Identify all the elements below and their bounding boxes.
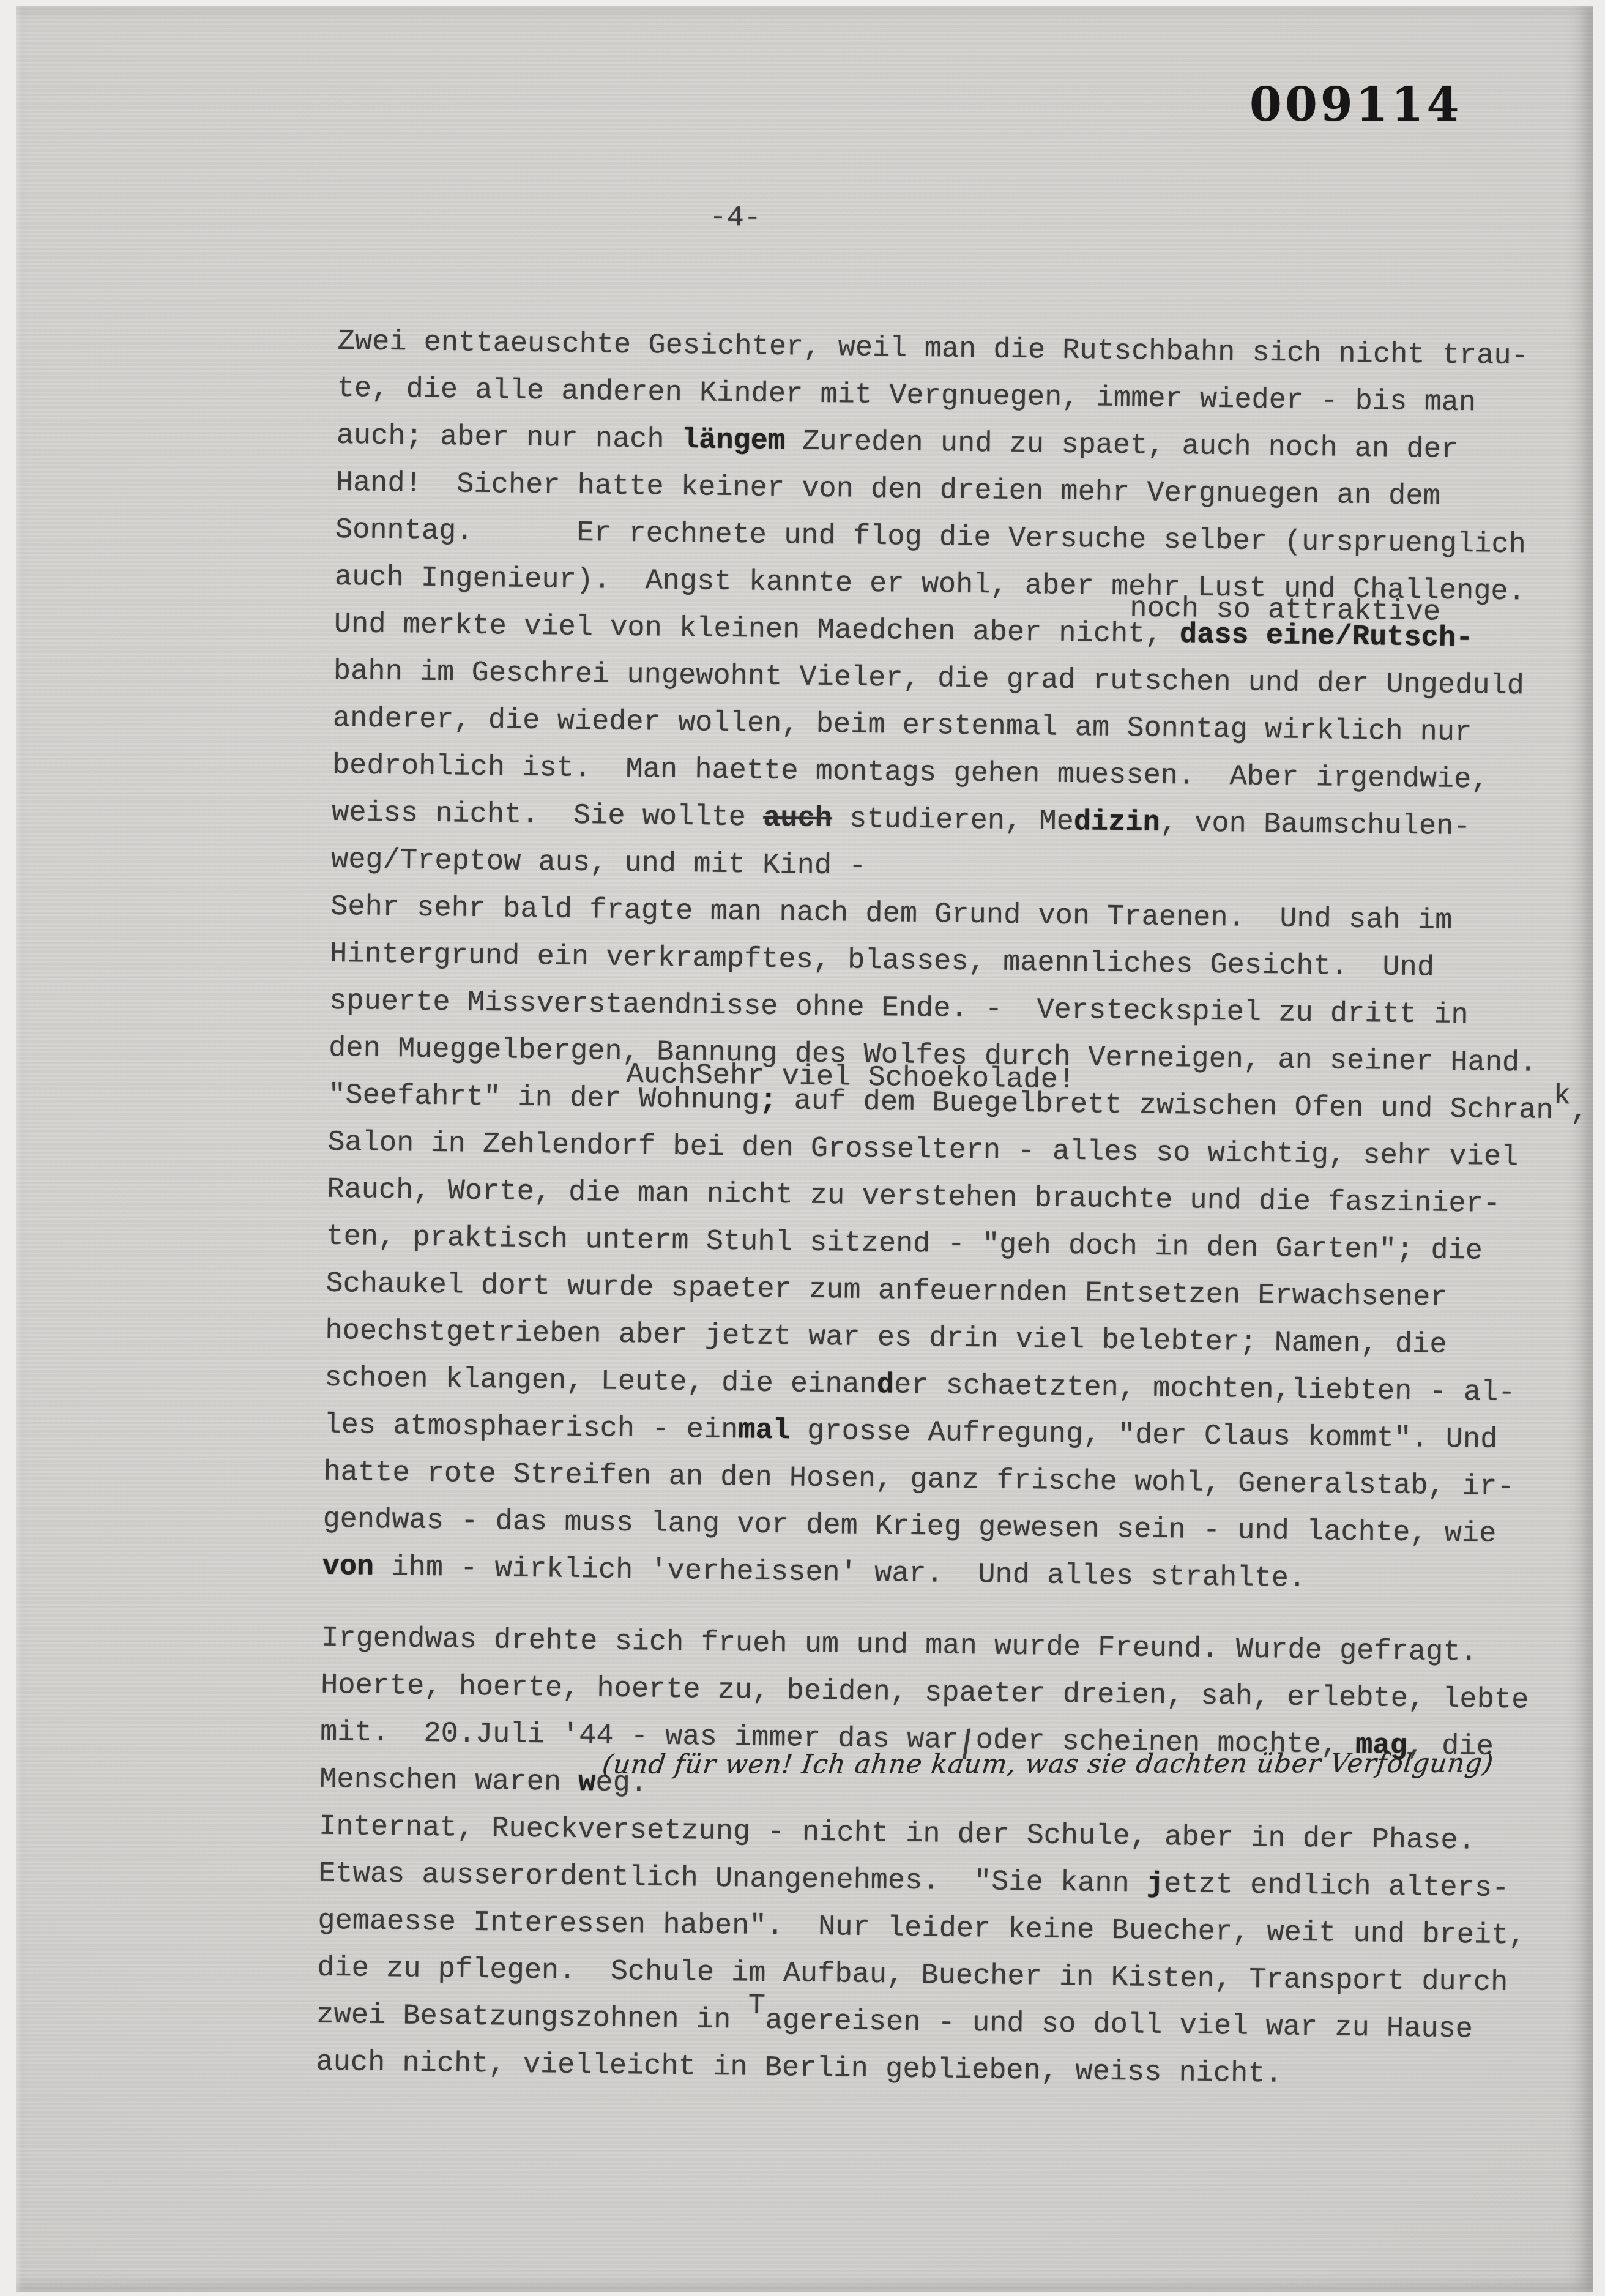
typed-text: er schaetzten, mochten,liebten - al- bbox=[894, 1370, 1516, 1410]
typed-text: schoen klangen, Leute, die einan bbox=[324, 1362, 877, 1401]
typed-text: Hintergrund ein verkrampftes, blasses, m… bbox=[330, 938, 1435, 985]
typed-text: Salon in Zehlendorf bei den Grosseltern … bbox=[327, 1127, 1519, 1174]
typed-text: T bbox=[748, 1990, 765, 2022]
typed-text: studieren, Me bbox=[832, 803, 1074, 838]
typed-text: grosse Aufregung, "der Claus kommt". Und bbox=[790, 1415, 1498, 1456]
typed-text: hoechstgetrieben aber jetzt war es drin … bbox=[325, 1315, 1447, 1362]
typed-text: les atmosphaerisch - ein bbox=[324, 1409, 739, 1447]
typed-text: Hand! Sicher hatte keiner von den dreien… bbox=[336, 467, 1441, 513]
typed-text: weiss nicht. Sie wollte bbox=[332, 797, 764, 835]
typed-body: Zwei enttaeuschte Gesichter, weil man di… bbox=[316, 318, 1568, 2101]
typed-text: te, die alle anderen Kinder mit Vergnueg… bbox=[337, 373, 1476, 419]
typed-text: auch nicht, vielleicht in Berlin geblieb… bbox=[316, 2046, 1283, 2091]
typed-text: Und merkte viel von kleinen Maedchen abe… bbox=[334, 608, 1180, 651]
handwritten-annotation: (und für wen! Ich ahne kaum, was sie dac… bbox=[600, 1745, 1495, 1783]
typed-text: Sehr sehr bald fragte man nach dem Grund… bbox=[330, 891, 1453, 937]
overtyped-text: j bbox=[1147, 1868, 1164, 1901]
typed-text: Schaukel dort wurde spaeter zum anfeuern… bbox=[326, 1268, 1448, 1314]
typed-text: agereisen - und so doll viel war zu Haus… bbox=[765, 2005, 1473, 2046]
typewritten-page: -4- Zwei enttaeuschte Gesichter, weil ma… bbox=[316, 184, 1570, 2101]
typed-text: Rauch, Worte, die man nicht zu verstehen… bbox=[327, 1174, 1500, 1221]
typed-text: bedrohlich ist. Man haette montags gehen… bbox=[332, 750, 1489, 797]
typed-text: Menschen waren bbox=[319, 1764, 579, 1799]
typed-text: spuerte Missverstaendnisse ohne Ende. - … bbox=[329, 985, 1469, 1032]
typed-text: Etwas ausserordentlich Unangenehmes. "Si… bbox=[318, 1858, 1147, 1901]
typed-text: gendwas - das muss lang vor dem Krieg ge… bbox=[322, 1504, 1496, 1551]
typed-text: gemaesse Interessen haben". Nur leider k… bbox=[318, 1905, 1526, 1953]
typed-text: Zureden und zu spaet, auch noch an der bbox=[785, 425, 1459, 466]
typed-text: zwei Besatzungszohnen in bbox=[316, 1999, 748, 2037]
overtyped-text: längem bbox=[682, 424, 786, 458]
overtyped-text: w bbox=[578, 1767, 596, 1799]
interline-insertion-attraktive: noch so attraktive bbox=[1130, 585, 1441, 636]
typed-text: Internat, Rueckversetzung - nicht in der… bbox=[319, 1811, 1475, 1858]
typed-text: hatte rote Streifen an den Hosen, ganz f… bbox=[323, 1456, 1514, 1504]
typed-text: Hoerte, hoerte, hoerte zu, beiden, spaet… bbox=[321, 1669, 1529, 1717]
paragraph: Irgendwas drehte sich frueh um und man w… bbox=[316, 1615, 1552, 2101]
overtyped-text: d bbox=[877, 1369, 895, 1401]
typed-text: Sonntag. Er rechnete und flog die Versuc… bbox=[335, 514, 1527, 561]
typed-text: bahn im Geschrei ungewohnt Vieler, die g… bbox=[333, 655, 1525, 703]
typed-text: Irgendwas drehte sich frueh um und man w… bbox=[321, 1622, 1478, 1669]
typed-text: ihm - wirklich 'verheissen' war. Und all… bbox=[374, 1551, 1306, 1595]
typed-text: die zu pflegen. Schule im Aufbau, Bueche… bbox=[317, 1952, 1508, 1999]
typed-text: anderer, die wieder wollen, beim erstenm… bbox=[333, 703, 1472, 749]
page-number: -4- bbox=[709, 195, 762, 242]
typed-text: k bbox=[1554, 1080, 1571, 1113]
overtyped-text: von bbox=[322, 1551, 374, 1584]
interline-insertion-schokolade: AuchSehr viel Schoekolade! bbox=[626, 1051, 1075, 1104]
typed-text: weg/Treptow aus, und mit Kind - bbox=[331, 844, 866, 883]
typed-text: etzt endlich alters- bbox=[1164, 1868, 1510, 1905]
overtyped-text: mal bbox=[738, 1414, 790, 1447]
typed-text: auch; aber nur nach bbox=[336, 420, 682, 457]
typed-text: Zwei enttaeuschte Gesichter, weil man di… bbox=[337, 326, 1529, 373]
typed-text: , von Baumschulen- bbox=[1160, 807, 1470, 843]
typed-text: , bbox=[1571, 1095, 1588, 1127]
stamp-number: 009114 bbox=[1249, 77, 1462, 132]
overtyped-text: dizin bbox=[1073, 806, 1160, 840]
struck-word: auch bbox=[763, 802, 832, 835]
paragraph: Sehr sehr bald fragte man nach dem Grund… bbox=[322, 884, 1560, 1606]
typed-text: ten, praktisch unterm Stuhl sitzend - "g… bbox=[326, 1221, 1483, 1268]
